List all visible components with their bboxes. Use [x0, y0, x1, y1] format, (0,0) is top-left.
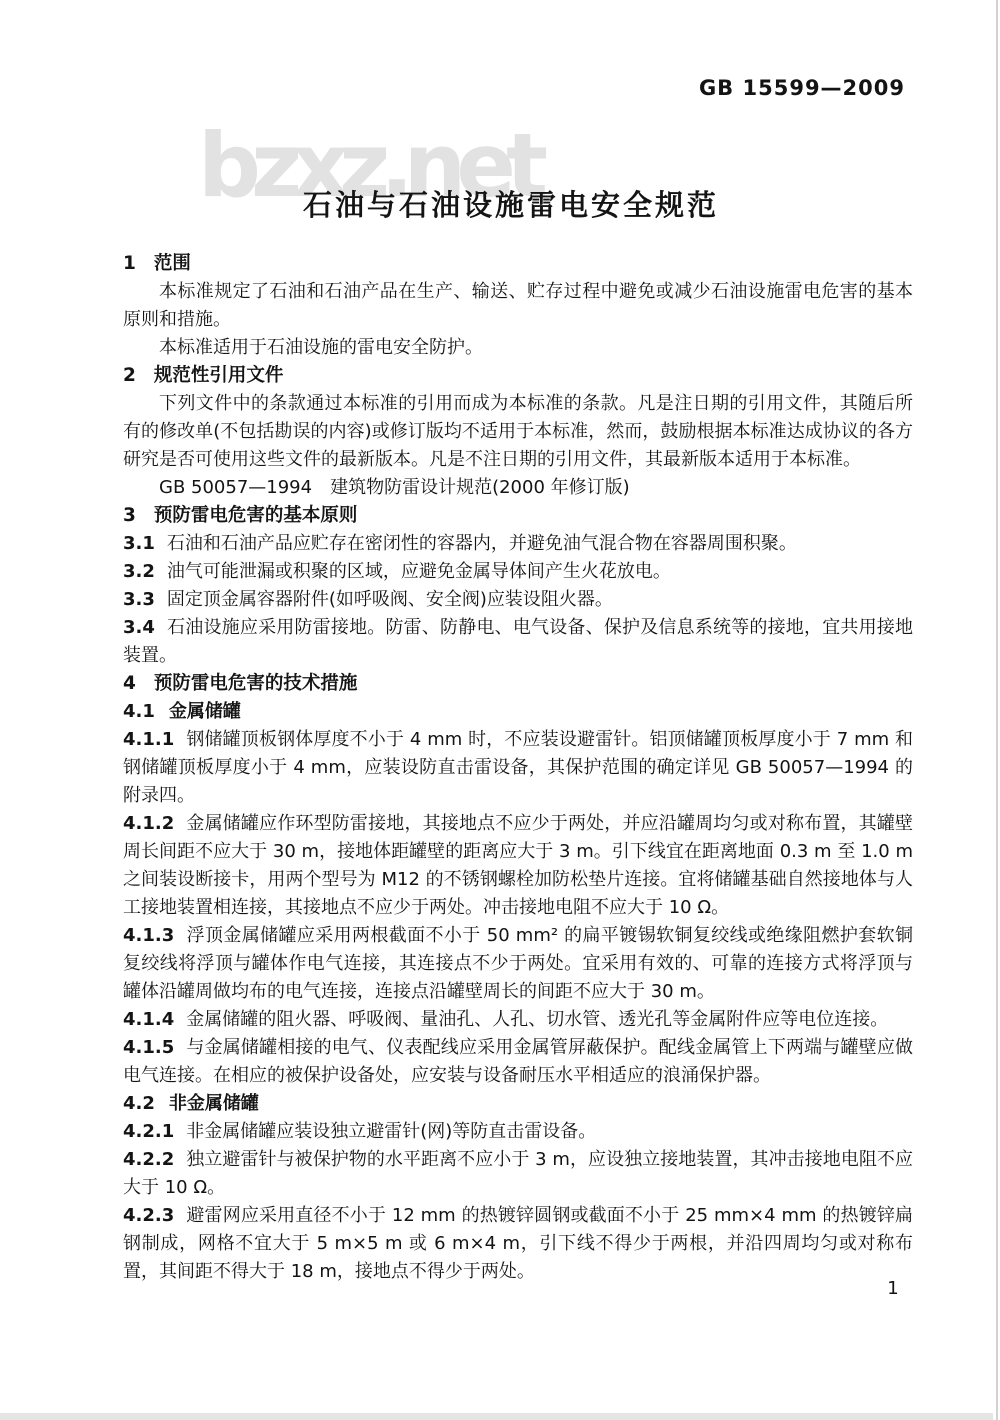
clause-3-1: 3.1石油和石油产品应贮存在密闭性的容器内，并避免油气混合物在容器周围积聚。 [123, 530, 913, 558]
clause-4-1-1: 4.1.1钢储罐顶板钢体厚度不小于 4 mm 时，不应装设避雷针。铝顶储罐顶板厚… [123, 726, 913, 810]
section-number: 1 [123, 253, 154, 274]
clause-number: 4.1.3 [123, 925, 186, 946]
document-body: 1范围 本标准规定了石油和石油产品在生产、输送、贮存过程中避免或减少石油设施雷电… [123, 250, 913, 1286]
reference-entry: GB 50057—1994 建筑物防雷设计规范(2000 年修订版) [123, 474, 913, 502]
clause-3-3: 3.3固定顶金属容器附件(如呼吸阀、安全阀)应装设阻火器。 [123, 586, 913, 614]
section-number: 2 [123, 365, 154, 386]
clause-4-1-4: 4.1.4金属储罐的阻火器、呼吸阀、量油孔、人孔、切水管、透光孔等金属附件应等电… [123, 1006, 913, 1034]
standard-number: GB 15599—2009 [0, 76, 905, 100]
clause-text: 独立避雷针与被保护物的水平距离不应小于 3 m，应设独立接地装置，其冲击接地电阻… [123, 1149, 913, 1198]
section-heading-3: 3预防雷电危害的基本原则 [123, 502, 913, 530]
clause-text: 与金属储罐相接的电气、仪表配线应采用金属管屏蔽保护。配线金属管上下两端与罐壁应做… [123, 1037, 913, 1086]
clause-text: 金属储罐的阻火器、呼吸阀、量油孔、人孔、切水管、透光孔等金属附件应等电位连接。 [186, 1009, 888, 1030]
section-title: 预防雷电危害的技术措施 [154, 673, 358, 694]
subsection-title: 非金属储罐 [169, 1093, 259, 1114]
clause-number: 4.2.2 [123, 1149, 186, 1170]
clause-text: 非金属储罐应装设独立避雷针(网)等防直击雷设备。 [186, 1121, 596, 1142]
subsection-title: 金属储罐 [169, 701, 241, 722]
section-number: 3 [123, 505, 154, 526]
clause-number: 4.1.5 [123, 1037, 186, 1058]
section-heading-4: 4预防雷电危害的技术措施 [123, 670, 913, 698]
clause-4-1-3: 4.1.3浮顶金属储罐应采用两根截面不小于 50 mm² 的扁平镀锡软铜复绞线或… [123, 922, 913, 1006]
clause-text: 避雷网应采用直径不小于 12 mm 的热镀锌圆钢或截面不小于 25 mm×4 m… [123, 1205, 913, 1282]
scanned-standard-page: { "page": { "standard_number": "GB 15599… [0, 0, 1000, 1420]
section-number: 4 [123, 673, 154, 694]
clause-text: 油气可能泄漏或积聚的区域，应避免金属导体间产生火花放电。 [167, 561, 671, 582]
section-heading-2: 2规范性引用文件 [123, 362, 913, 390]
clause-4-2-1: 4.2.1非金属储罐应装设独立避雷针(网)等防直击雷设备。 [123, 1118, 913, 1146]
paragraph: 下列文件中的条款通过本标准的引用而成为本标准的条款。凡是注日期的引用文件，其随后… [123, 390, 913, 474]
subsection-number: 4.1 [123, 701, 169, 722]
clause-text: 钢储罐顶板钢体厚度不小于 4 mm 时，不应装设避雷针。铝顶储罐顶板厚度小于 7… [123, 729, 913, 806]
clause-number: 3.4 [123, 617, 167, 638]
document-title: 石油与石油设施雷电安全规范 [0, 183, 1000, 224]
clause-3-4: 3.4石油设施应采用防雷接地。防雷、防静电、电气设备、保护及信息系统等的接地，宜… [123, 614, 913, 670]
section-title: 范围 [154, 253, 191, 274]
clause-4-2-3: 4.2.3避雷网应采用直径不小于 12 mm 的热镀锌圆钢或截面不小于 25 m… [123, 1202, 913, 1286]
clause-text: 石油设施应采用防雷接地。防雷、防静电、电气设备、保护及信息系统等的接地，宜共用接… [123, 617, 913, 666]
clause-text: 石油和石油产品应贮存在密闭性的容器内，并避免油气混合物在容器周围积聚。 [167, 533, 797, 554]
clause-4-2-2: 4.2.2独立避雷针与被保护物的水平距离不应小于 3 m，应设独立接地装置，其冲… [123, 1146, 913, 1202]
page-number: 1 [878, 1278, 908, 1299]
clause-number: 4.2.1 [123, 1121, 186, 1142]
clause-number: 4.1.2 [123, 813, 186, 834]
clause-text: 金属储罐应作环型防雷接地，其接地点不应少于两处，并应沿罐周均匀或对称布置，其罐壁… [123, 813, 913, 918]
clause-4-1-5: 4.1.5与金属储罐相接的电气、仪表配线应采用金属管屏蔽保护。配线金属管上下两端… [123, 1034, 913, 1090]
subsection-heading-4-1: 4.1金属储罐 [123, 698, 913, 726]
clause-number: 4.1.1 [123, 729, 186, 750]
subsection-number: 4.2 [123, 1093, 169, 1114]
clause-3-2: 3.2油气可能泄漏或积聚的区域，应避免金属导体间产生火花放电。 [123, 558, 913, 586]
scan-bottom-edge-strip [0, 1413, 993, 1420]
clause-number: 3.2 [123, 561, 167, 582]
section-title: 规范性引用文件 [154, 365, 284, 386]
clause-number: 4.2.3 [123, 1205, 186, 1226]
paragraph: 本标准规定了石油和石油产品在生产、输送、贮存过程中避免或减少石油设施雷电危害的基… [123, 278, 913, 334]
clause-text: 固定顶金属容器附件(如呼吸阀、安全阀)应装设阻火器。 [167, 589, 613, 610]
clause-number: 3.3 [123, 589, 167, 610]
clause-number: 4.1.4 [123, 1009, 186, 1030]
section-heading-1: 1范围 [123, 250, 913, 278]
paragraph: 本标准适用于石油设施的雷电安全防护。 [123, 334, 913, 362]
clause-4-1-2: 4.1.2金属储罐应作环型防雷接地，其接地点不应少于两处，并应沿罐周均匀或对称布… [123, 810, 913, 922]
section-title: 预防雷电危害的基本原则 [154, 505, 358, 526]
clause-number: 3.1 [123, 533, 167, 554]
clause-text: 浮顶金属储罐应采用两根截面不小于 50 mm² 的扁平镀锡软铜复绞线或绝缘阻燃护… [123, 925, 913, 1002]
subsection-heading-4-2: 4.2非金属储罐 [123, 1090, 913, 1118]
